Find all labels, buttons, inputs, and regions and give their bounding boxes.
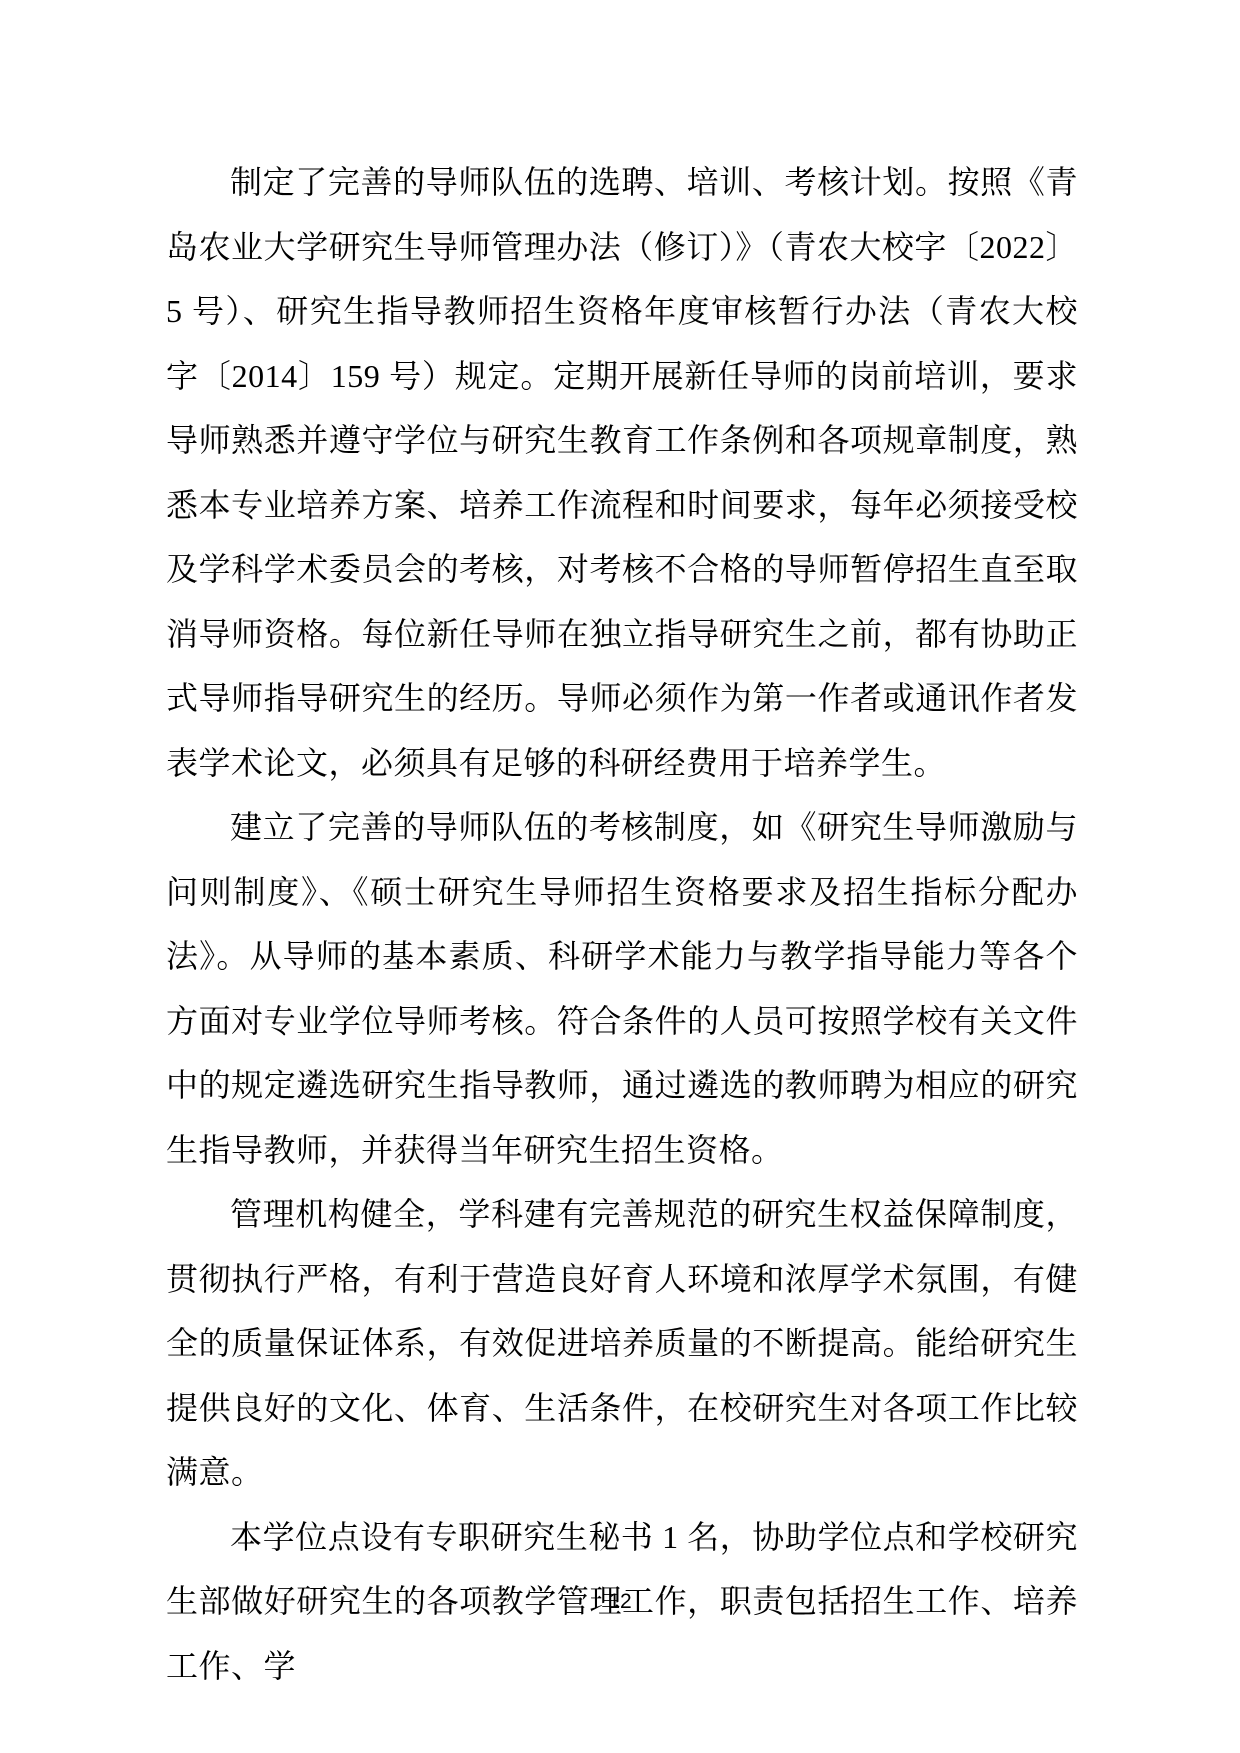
paragraph-management-structure: 管理机构健全，学科建有完善规范的研究生权益保障制度，贯彻执行严格，有利于营造良好… <box>166 1182 1078 1505</box>
paragraph-mentor-assessment-system: 建立了完善的导师队伍的考核制度，如《研究生导师激励与问则制度》、《硕士研究生导师… <box>166 795 1078 1182</box>
paragraph-mentor-selection-training: 制定了完善的导师队伍的选聘、培训、考核计划。按照《青岛农业大学研究生导师管理办法… <box>166 150 1078 795</box>
page-number: 12 <box>608 1590 631 1613</box>
document-body: 制定了完善的导师队伍的选聘、培训、考核计划。按照《青岛农业大学研究生导师管理办法… <box>166 150 1078 1698</box>
page-footer: 12 <box>0 1590 1240 1614</box>
